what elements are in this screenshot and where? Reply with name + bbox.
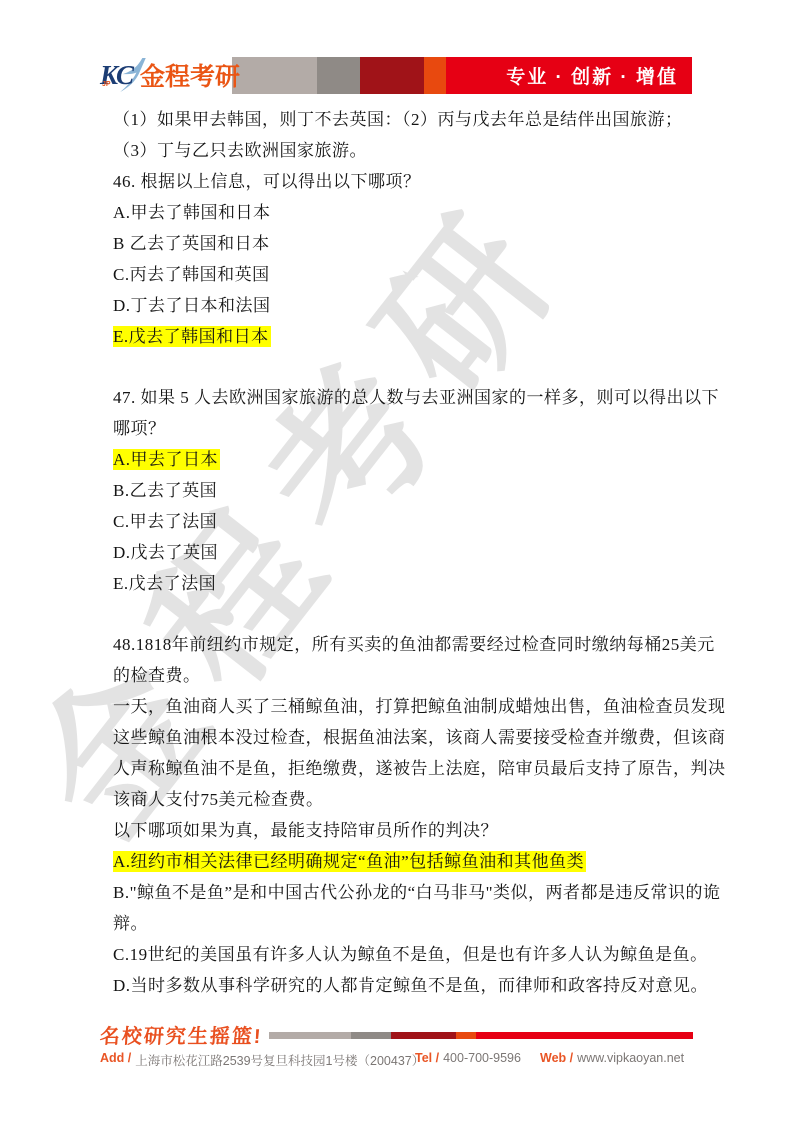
footer-bar-segment-red: [476, 1032, 693, 1039]
question-47-stem-line-1-text: 47. 如果 5 人去欧洲国家旅游的总人数与去亚洲国家的一样多，则可以得出以下: [113, 388, 719, 407]
footer-address: Add / 上海市松花江路2539号复旦科技园1号楼（200437）: [100, 1051, 415, 1069]
question-48-option-d: D.当时多数从事科学研究的人都肯定鲸鱼不是鱼，而律师和政客持反对意见。: [113, 970, 703, 1001]
spacer: [113, 352, 703, 382]
banner-segment-lightgray: [232, 57, 317, 94]
question-47-option-a-highlighted: A.甲去了日本: [113, 444, 703, 475]
footer-address-value: 上海市松花江路2539号复旦科技园1号楼（200437）: [135, 1051, 424, 1069]
question-48-stem-line-1-text: 48.1818年前纽约市规定，所有买卖的鱼油都需要经过检查同时缴纳每桶25美元: [113, 635, 715, 654]
question-48-stem-line-4: 这些鲸鱼油根本没过检查，根据鱼油法案，该商人需要接受检查并缴费，但该商: [113, 722, 703, 753]
question-47-option-b: B.乙去了英国: [113, 475, 703, 506]
footer-bar-segment-gray: [351, 1032, 391, 1039]
question-46-option-e-text: E.戊去了韩国和日本: [113, 326, 271, 347]
banner-segment-red: 专业 · 创新 · 增值: [446, 57, 692, 94]
intro-line-2-text: （3）丁与乙只去欧洲国家旅游。: [113, 141, 367, 160]
question-47-option-e: E.戊去了法国: [113, 568, 703, 599]
footer-tel-value: 400-700-9596: [443, 1051, 521, 1069]
footer-contact-row: Add / 上海市松花江路2539号复旦科技园1号楼（200437） Tel /…: [100, 1051, 693, 1069]
question-48-stem-line-3: 一天，鱼油商人买了三桶鲸鱼油，打算把鲸鱼油制成蜡烛出售，鱼油检查员发现: [113, 691, 703, 722]
question-48-option-b-line-2-text: 辩。: [113, 914, 148, 933]
footer-bar-segment-orange: [456, 1032, 476, 1039]
question-47-stem-line-2-text: 哪项？: [113, 419, 166, 438]
question-48-stem-line-5: 人声称鲸鱼油不是鱼，拒绝缴费，遂被告上法庭，陪审员最后支持了原告，判决: [113, 753, 703, 784]
question-46-option-b: B 乙去了英国和日本: [113, 228, 703, 259]
question-47-stem-line-2: 哪项？: [113, 413, 703, 444]
question-48-stem-line-5-text: 人声称鲸鱼油不是鱼，拒绝缴费，遂被告上法庭，陪审员最后支持了原告，判决: [113, 759, 726, 778]
logo-subtext: JP: [102, 81, 111, 88]
footer-tel-label: Tel /: [415, 1051, 439, 1069]
question-46-option-b-text: B 乙去了英国和日本: [113, 234, 270, 253]
question-47-option-c: C.甲去了法国: [113, 506, 703, 537]
question-48-option-c: C.19世纪的美国虽有许多人认为鲸鱼不是鱼，但是也有许多人认为鲸鱼是鱼。: [113, 939, 703, 970]
question-48-stem-line-3-text: 一天，鱼油商人买了三桶鲸鱼油，打算把鲸鱼油制成蜡烛出售，鱼油检查员发现: [113, 697, 726, 716]
intro-line-1-text: （1）如果甲去韩国，则丁不去英国：（2）丙与戊去年总是结伴出国旅游；: [113, 110, 683, 129]
question-48-stem-line-2: 的检查费。: [113, 660, 703, 691]
question-47-option-b-text: B.乙去了英国: [113, 481, 217, 500]
question-46-option-e-highlighted: E.戊去了韩国和日本: [113, 321, 703, 352]
question-48-option-c-text: C.19世纪的美国虽有许多人认为鲸鱼不是鱼，但是也有许多人认为鲸鱼是鱼。: [113, 945, 708, 964]
question-46-option-d-text: D.丁去了日本和法国: [113, 296, 271, 315]
question-48-option-d-text: D.当时多数从事科学研究的人都肯定鲸鱼不是鱼，而律师和政客持反对意见。: [113, 976, 708, 995]
question-47-option-e-text: E.戊去了法国: [113, 574, 216, 593]
footer-bar-segment-darkred: [391, 1032, 456, 1039]
footer-bar-segment-lightgray: [269, 1032, 351, 1039]
footer-divider-bar: [269, 1032, 693, 1039]
question-48-stem-line-6-text: 该商人支付75美元检查费。: [113, 790, 324, 809]
footer-slogan-row: 名校研究生摇篮!: [100, 1022, 693, 1046]
banner-slogan: 专业 · 创新 · 增值: [506, 62, 692, 89]
question-47-option-c-text: C.甲去了法国: [113, 512, 217, 531]
question-46-option-a: A.甲去了韩国和日本: [113, 197, 703, 228]
intro-line-2: （3）丁与乙只去欧洲国家旅游。: [113, 135, 703, 166]
footer-website: Web / www.vipkaoyan.net: [540, 1051, 684, 1069]
question-47-option-d-text: D.戊去了英国: [113, 543, 218, 562]
question-47-option-d: D.戊去了英国: [113, 537, 703, 568]
question-47-stem-line-1: 47. 如果 5 人去欧洲国家旅游的总人数与去亚洲国家的一样多，则可以得出以下: [113, 382, 703, 413]
question-46-stem-text: 46. 根据以上信息，可以得出以下哪项？: [113, 172, 421, 191]
question-48-stem-line-7: 以下哪项如果为真，最能支持陪审员所作的判决？: [113, 815, 703, 846]
question-48-stem-line-4-text: 这些鲸鱼油根本没过检查，根据鱼油法案，该商人需要接受检查并缴费，但该商: [113, 728, 726, 747]
page-footer: 名校研究生摇篮! Add / 上海市松花江路2539号复旦科技园1号楼（2004…: [100, 1022, 693, 1069]
page-header: KC JP 金程考研 专业 · 创新 · 增值: [100, 55, 692, 95]
question-46-option-d: D.丁去了日本和法国: [113, 290, 703, 321]
brand-logo: KC JP 金程考研: [100, 55, 232, 95]
logo-brand-name: 金程考研: [140, 57, 240, 93]
question-48-option-a-highlighted: A.纽约市相关法律已经明确规定“鱼油”包括鲸鱼油和其他鱼类: [113, 846, 703, 877]
question-48-stem-line-2-text: 的检查费。: [113, 666, 201, 685]
banner-segment-darkred: [360, 57, 424, 94]
footer-web-value: www.vipkaoyan.net: [577, 1051, 684, 1069]
question-48-option-b-line-1: B."鲸鱼不是鱼”是和中国古代公孙龙的“白马非马"类似，两者都是违反常识的诡: [113, 877, 703, 908]
question-46-option-a-text: A.甲去了韩国和日本: [113, 203, 271, 222]
footer-address-label: Add /: [100, 1051, 131, 1069]
spacer: [113, 599, 703, 629]
question-48-stem-line-1: 48.1818年前纽约市规定，所有买卖的鱼油都需要经过检查同时缴纳每桶25美元: [113, 629, 703, 660]
question-48-stem-line-7-text: 以下哪项如果为真，最能支持陪审员所作的判决？: [113, 821, 498, 840]
question-47-option-a-text: A.甲去了日本: [113, 449, 220, 470]
document-body: （1）如果甲去韩国，则丁不去英国：（2）丙与戊去年总是结伴出国旅游； （3）丁与…: [113, 104, 703, 1001]
banner-segment-orange: [424, 57, 446, 94]
question-48-option-b-line-1-text: B."鲸鱼不是鱼”是和中国古代公孙龙的“白马非马"类似，两者都是违反常识的诡: [113, 883, 721, 902]
footer-telephone: Tel / 400-700-9596: [415, 1051, 540, 1069]
question-46-stem: 46. 根据以上信息，可以得出以下哪项？: [113, 166, 703, 197]
question-46-option-c: C.丙去了韩国和英国: [113, 259, 703, 290]
question-48-stem-line-6: 该商人支付75美元检查费。: [113, 784, 703, 815]
question-48-option-b-line-2: 辩。: [113, 908, 703, 939]
header-banner: 专业 · 创新 · 增值: [232, 57, 692, 94]
banner-segment-gray: [317, 57, 360, 94]
footer-slogan: 名校研究生摇篮!: [99, 1020, 264, 1049]
intro-line-1: （1）如果甲去韩国，则丁不去英国：（2）丙与戊去年总是结伴出国旅游；: [113, 104, 703, 135]
question-48-option-a-text: A.纽约市相关法律已经明确规定“鱼油”包括鲸鱼油和其他鱼类: [113, 851, 586, 872]
footer-web-label: Web /: [540, 1051, 573, 1069]
question-46-option-c-text: C.丙去了韩国和英国: [113, 265, 270, 284]
